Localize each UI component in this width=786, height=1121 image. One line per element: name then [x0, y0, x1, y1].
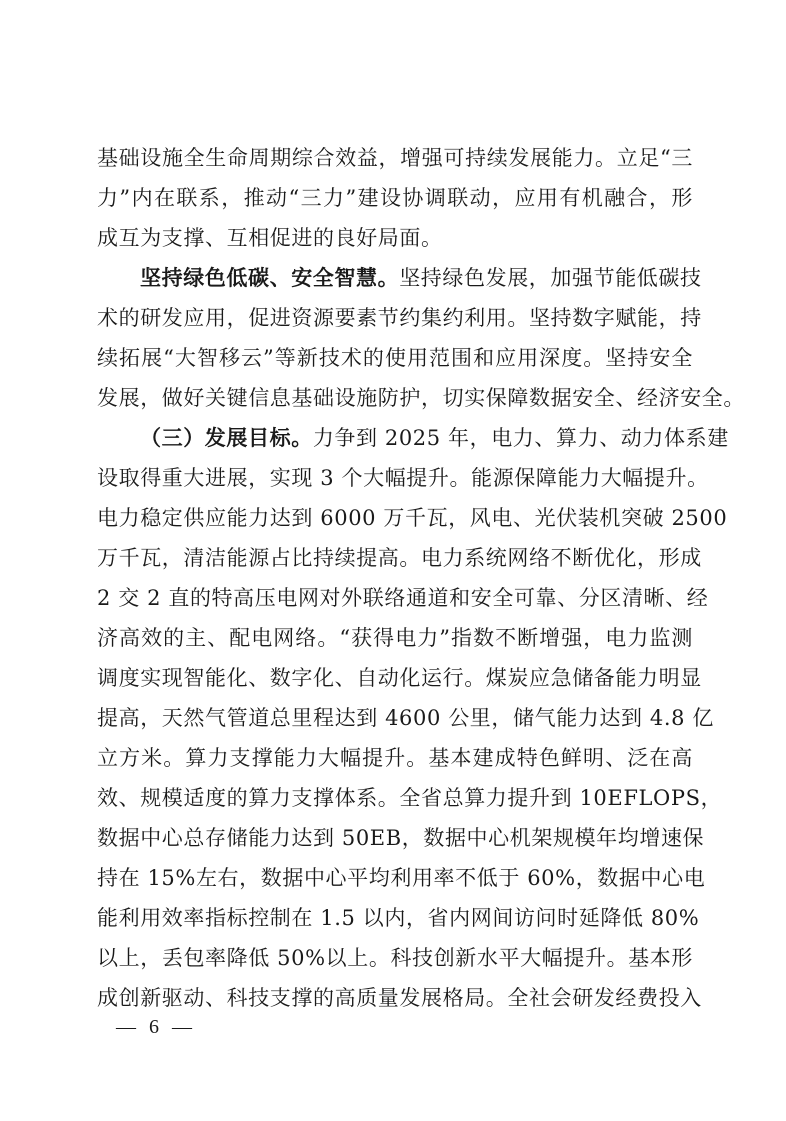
- section-heading: （三）发展目标。: [140, 425, 313, 450]
- text-line: 基础设施全生命周期综合效益，增强可持续发展能力。立足“三: [97, 143, 693, 173]
- document-page: 基础设施全生命周期综合效益，增强可持续发展能力。立足“三 力”内在联系，推动“三…: [0, 0, 786, 1121]
- text-line: 万千瓦，清洁能源占比持续提高。电力系统网络不断优化，形成: [97, 543, 693, 573]
- text-line: 设取得重大进展，实现 3 个大幅提升。能源保障能力大幅提升。: [97, 463, 693, 493]
- text-line: 成创新驱动、科技支撑的高质量发展格局。全社会研发经费投入: [97, 983, 693, 1013]
- paragraph-first-line: （三）发展目标。力争到 2025 年，电力、算力、动力体系建: [140, 423, 693, 453]
- text-line: 效、规模适度的算力支撑体系。全省总算力提升到 10EFLOPS，: [97, 783, 693, 813]
- text-line: 续拓展“大智移云”等新技术的使用范围和应用深度。坚持安全: [97, 343, 693, 373]
- text-line: 调度实现智能化、数字化、自动化运行。煤炭应急储备能力明显: [97, 663, 693, 693]
- text-line: 立方米。算力支撑能力大幅提升。基本建成特色鲜明、泛在高: [97, 743, 693, 773]
- text-line: 电力稳定供应能力达到 6000 万千瓦，风电、光伏装机突破 2500: [97, 503, 693, 533]
- page-number: — 6 —: [116, 1016, 196, 1039]
- text-line: 提高，天然气管道总里程达到 4600 公里，储气能力达到 4.8 亿: [97, 703, 693, 733]
- paragraph-lead: 坚持绿色低碳、安全智慧。: [140, 265, 399, 290]
- text-line: 数据中心总存储能力达到 50EB，数据中心机架规模年均增速保: [97, 823, 693, 853]
- text-span: 力争到 2025 年，电力、算力、动力体系建: [313, 426, 729, 450]
- text-line: 术的研发应用，促进资源要素节约集约利用。坚持数字赋能，持: [97, 303, 693, 333]
- text-line: 发展，做好关键信息基础设施防护，切实保障数据安全、经济安全。: [97, 383, 693, 413]
- paragraph-first-line: 坚持绿色低碳、安全智慧。坚持绿色发展，加强节能低碳技: [140, 263, 693, 293]
- text-line: 2 交 2 直的特高压电网对外联络通道和安全可靠、分区清晰、经: [97, 583, 693, 613]
- text-line: 能利用效率指标控制在 1.5 以内，省内网间访问时延降低 80%: [97, 903, 693, 933]
- text-span: 坚持绿色发展，加强节能低碳技: [399, 266, 701, 290]
- text-line: 以上，丢包率降低 50%以上。科技创新水平大幅提升。基本形: [97, 943, 693, 973]
- text-line: 成互为支撑、互相促进的良好局面。: [97, 223, 693, 253]
- text-line: 持在 15%左右，数据中心平均利用率不低于 60%，数据中心电: [97, 863, 693, 893]
- text-line: 力”内在联系，推动“三力”建设协调联动，应用有机融合，形: [97, 183, 693, 213]
- text-line: 济高效的主、配电网络。“获得电力”指数不断增强，电力监测: [97, 623, 693, 653]
